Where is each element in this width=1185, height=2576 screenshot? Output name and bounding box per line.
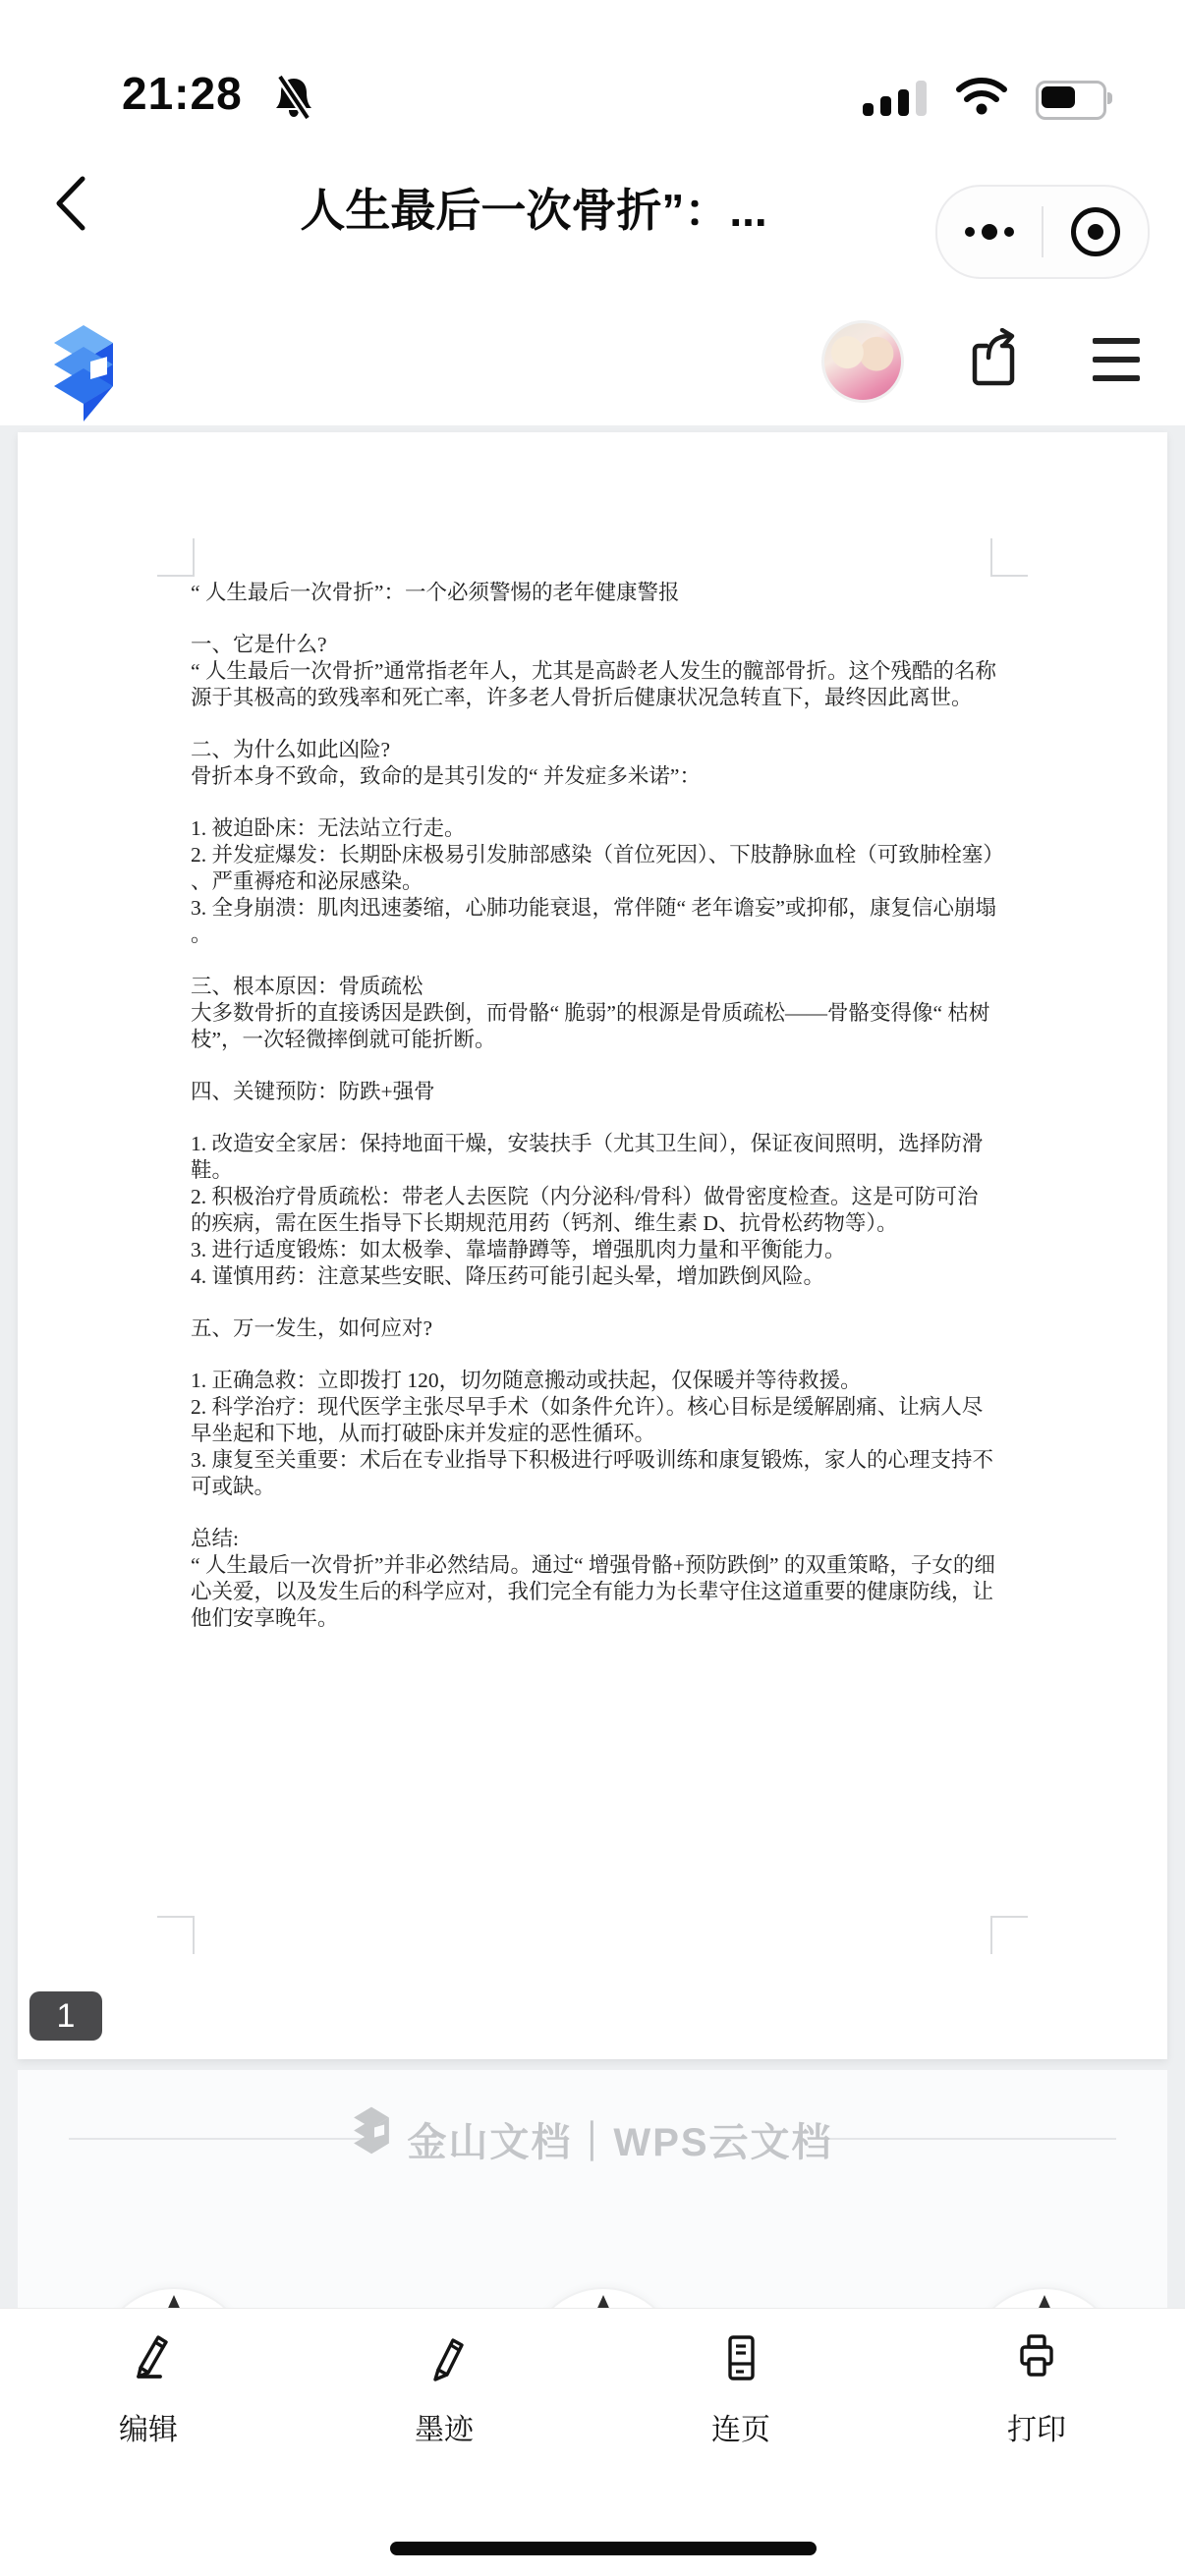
ink-button[interactable]: 墨迹 <box>346 2309 542 2505</box>
doc-title-paragraph: “ 人生最后一次骨折”：一个必须警惕的老年健康警报 <box>191 580 998 606</box>
toolbar-label: 连页 <box>711 2405 770 2448</box>
margin-mark-bottom-right <box>990 1916 1028 1954</box>
brand-text: 金山文档｜WPS云文档 <box>407 2111 832 2167</box>
share-icon[interactable] <box>967 328 1022 394</box>
bell-slash-icon <box>271 75 316 127</box>
document-page: “ 人生最后一次骨折”：一个必须警惕的老年健康警报 一、它是什么? “ 人生最后… <box>18 432 1167 2059</box>
bottom-toolbar: 编辑 墨迹 连页 打印 <box>0 2308 1185 2576</box>
margin-mark-top-left <box>157 538 195 577</box>
clock: 21:28 <box>122 67 243 120</box>
edit-button[interactable]: 编辑 <box>50 2309 247 2505</box>
brand-row: 金山文档｜WPS云文档 <box>18 2109 1167 2168</box>
doc-paragraph: 1. 正确急救：立即拨打 120，切勿随意搬动或扶起，仅保暖并等待救援。 2. … <box>191 1368 998 1500</box>
doc-paragraph: 总结: “ 人生最后一次骨折”并非必然结局。通过“ 增强骨骼+预防跌倒” 的双重… <box>191 1526 998 1632</box>
doc-paragraph: 1. 被迫卧床：无法站立行走。 2. 并发症爆发：长期卧床极易引发肺部感染（首位… <box>191 815 998 948</box>
kdocs-logo <box>51 322 116 431</box>
wifi-icon <box>955 77 1008 121</box>
continuous-page-button[interactable]: 连页 <box>643 2309 839 2505</box>
margin-mark-top-right <box>990 538 1028 577</box>
page-number-badge: 1 <box>29 1991 102 2041</box>
doc-paragraph: 二、为什么如此凶险? 骨折本身不致命，致命的是其引发的“ 并发症多米诺”： <box>191 737 998 790</box>
capsule-home-button[interactable] <box>1044 187 1148 277</box>
doc-paragraph: 三、根本原因：骨质疏松 大多数骨折的直接诱因是跌倒，而骨骼“ 脆弱”的根源是骨质… <box>191 974 998 1053</box>
nav-bar: 人生最后一次骨折”：... <box>0 128 1185 295</box>
more-button[interactable] <box>937 187 1042 277</box>
ellipsis-icon <box>965 224 1014 240</box>
toolbar-label: 打印 <box>1007 2405 1066 2448</box>
kdocs-logo-gray <box>352 2106 391 2172</box>
doc-paragraph: 四、关键预防：防跌+强骨 <box>191 1079 998 1105</box>
doc-paragraph: 1. 改造安全家居：保持地面干燥，安装扶手（尤其卫生间），保证夜间照明，选择防滑… <box>191 1131 998 1290</box>
document-body: “ 人生最后一次骨折”：一个必须警惕的老年健康警报 一、它是什么? “ 人生最后… <box>191 580 998 1657</box>
print-button[interactable]: 打印 <box>938 2309 1135 2505</box>
edit-pen-icon <box>123 2332 174 2383</box>
toolbar-label: 墨迹 <box>415 2405 474 2448</box>
record-circle-icon <box>1071 207 1120 256</box>
toolbar-label: 编辑 <box>119 2405 178 2448</box>
cellular-signal-icon <box>863 81 927 116</box>
user-avatar[interactable] <box>821 320 904 403</box>
printer-icon <box>1011 2332 1062 2383</box>
document-canvas: “ 人生最后一次骨折”：一个必须警惕的老年健康警报 一、它是什么? “ 人生最后… <box>0 425 1185 2576</box>
battery-icon <box>1036 81 1106 120</box>
continuous-page-icon <box>715 2332 766 2383</box>
back-button[interactable] <box>51 173 90 239</box>
screen: 21:28 人生 <box>0 0 1185 2576</box>
status-bar: 21:28 <box>0 0 1185 128</box>
doc-paragraph: 一、它是什么? “ 人生最后一次骨折”通常指老年人，尤其是高龄老人发生的髋部骨折… <box>191 632 998 711</box>
margin-mark-bottom-left <box>157 1916 195 1954</box>
miniprogram-capsule <box>935 185 1150 279</box>
app-header <box>0 295 1185 425</box>
doc-paragraph: 五、万一发生，如何应对? <box>191 1316 998 1342</box>
hamburger-menu-icon[interactable] <box>1093 338 1140 381</box>
page-title: 人生最后一次骨折”：... <box>157 175 910 240</box>
ink-pencil-icon <box>419 2332 470 2383</box>
home-indicator <box>390 2542 817 2555</box>
